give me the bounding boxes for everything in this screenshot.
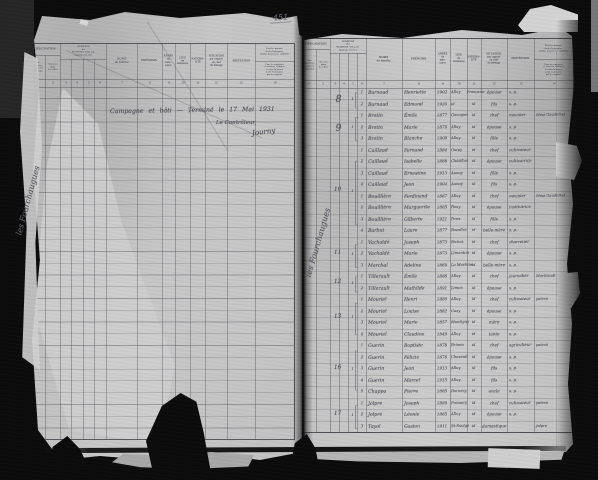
- cell-lieu: Prémery: [451, 400, 467, 405]
- cell-nationalite: id: [467, 205, 481, 209]
- household-number: 8: [328, 94, 348, 105]
- cell-prenom: Louise: [404, 308, 419, 314]
- person-number: 1: [357, 148, 366, 153]
- cell-situation: belle-mère: [481, 228, 507, 233]
- cell-lieu: Alluy: [451, 412, 461, 417]
- cell-situation: fils: [481, 182, 507, 187]
- col-number: 9: [435, 80, 450, 88]
- header-lieu: LIEU de naissance: [450, 38, 467, 80]
- cell-nationalite: id: [467, 102, 481, 106]
- household-number: 9: [328, 123, 348, 134]
- cell-profession: meunier: [509, 193, 526, 198]
- cell-lieu: Alluy: [451, 193, 461, 198]
- cell-lieu: Alluy: [451, 331, 461, 336]
- cell-prenom: Blanche: [404, 136, 423, 142]
- cell-prenom: Félicie: [404, 354, 419, 360]
- person-number: 4: [357, 378, 366, 383]
- cell-lieu: Alluy: [451, 366, 461, 371]
- person-number: 4: [357, 228, 366, 233]
- cell-annee: 1889: [435, 401, 450, 406]
- cell-annee: 1873: [435, 251, 450, 256]
- cell-prenom: Ferdinand: [404, 193, 427, 199]
- cell-prenom: Fernand: [404, 147, 423, 153]
- cell-annee: 1884: [435, 148, 450, 153]
- header-numeros: NUMÉROS des MAISONS, VILLAS, hameaux ou …: [330, 38, 366, 53]
- cell-nom: Guerin: [368, 354, 384, 360]
- cell-annee: 1873: [435, 240, 450, 245]
- col-number: 13: [227, 79, 255, 87]
- cell-profession: cultivateur: [509, 400, 531, 405]
- cell-nom: Bretin: [368, 136, 383, 142]
- person-number: 3: [357, 366, 366, 371]
- cell-prenom: Laure: [404, 228, 418, 234]
- menage-mark: 1: [348, 280, 357, 284]
- menage-mark: 1: [348, 413, 357, 417]
- cell-prenom: Gilberte: [404, 216, 423, 222]
- cell-annee: 1915: [435, 378, 450, 383]
- cell-nationalite: id: [467, 240, 481, 244]
- person-number: 2: [357, 251, 366, 256]
- col-number: 5: [348, 80, 357, 88]
- cell-annee: 1882: [435, 309, 450, 314]
- cell-prenom: Henri: [404, 297, 417, 303]
- cell-nom: Tayol: [368, 423, 381, 429]
- cell-nationalite: id: [467, 274, 481, 278]
- household-number: 16: [328, 364, 348, 371]
- cell-profession: s. p.: [509, 125, 517, 130]
- cell-nationalite: id: [467, 171, 481, 175]
- cell-profession: meunier: [509, 113, 526, 118]
- cell-situation: chef: [481, 239, 507, 244]
- person-number: 1: [357, 274, 366, 279]
- cell-nationalite: id: [467, 343, 481, 347]
- cell-nom: Tillerault: [368, 285, 390, 291]
- cell-profession: s. p.: [509, 102, 517, 107]
- cell-lieu: Rouy: [451, 205, 461, 210]
- col-number: 10: [175, 79, 190, 87]
- cell-situation: mère: [481, 320, 507, 325]
- cell-nationalite: id: [467, 424, 481, 428]
- cell-nationalite: id: [467, 113, 481, 117]
- person-number: 3: [357, 320, 366, 325]
- cell-profession: s. p.: [509, 309, 517, 314]
- cell-lieu: id: [451, 102, 455, 106]
- col-number: 11: [467, 80, 481, 88]
- cell-nom: Guerin: [368, 366, 384, 372]
- cell-lieu: Biches: [451, 239, 464, 244]
- col-number: 12: [481, 80, 507, 88]
- cell-employeur: patron: [536, 343, 548, 347]
- cell-annee: 1913: [435, 366, 450, 371]
- cell-annee: 1885: [435, 412, 450, 417]
- cell-nationalite: id: [467, 297, 481, 301]
- col-number: 5: [83, 79, 94, 87]
- cell-profession: agriculteur: [509, 343, 531, 348]
- cell-profession: s. p.: [509, 320, 517, 325]
- cell-nom: Tillerault: [368, 274, 390, 280]
- col-number: 9: [162, 79, 175, 87]
- household-number: 17: [328, 410, 348, 417]
- cell-profession: s. p.: [509, 366, 517, 371]
- cell-nationalite: id: [467, 136, 481, 140]
- person-number: 1: [357, 297, 366, 302]
- person-number: 3: [357, 217, 366, 222]
- cell-situation: épouse: [481, 412, 507, 417]
- cell-nationalite: id: [467, 182, 481, 186]
- col-number: 3: [330, 80, 339, 88]
- col-number: 10: [450, 80, 467, 88]
- cell-prenom: Léonie: [404, 412, 419, 418]
- left-page-table: DÉSIGNATIONdes quartiers, écarts ou hame…: [30, 10, 302, 460]
- page-stack-edge: [591, 0, 598, 92]
- header-situation: SITUATION par rapport au chef du ménage: [481, 38, 507, 80]
- cell-nationalite: id: [467, 320, 481, 324]
- cell-annee: 1886: [435, 159, 450, 164]
- cell-profession: charretier: [509, 239, 529, 244]
- cell-annee: 1887: [435, 194, 450, 199]
- cell-profession: journalier: [509, 274, 529, 279]
- person-number: 1: [357, 401, 366, 406]
- cell-lieu: Alluy: [451, 377, 461, 382]
- header-designation-sub2: des rues dans les villes: [45, 55, 60, 79]
- cell-lieu: Alluy: [451, 90, 461, 95]
- cell-nationalite: id: [467, 412, 481, 416]
- cell-lieu: Aunay: [451, 170, 463, 175]
- header-profession: PROFESSION: [507, 38, 534, 80]
- cell-prenom: Joseph: [404, 239, 419, 245]
- menage-mark: 1: [348, 96, 357, 100]
- cell-nom: Vachaldé: [368, 239, 390, 245]
- cell-nationalite: id: [467, 194, 481, 198]
- cell-lieu: Alluy: [451, 274, 461, 279]
- cell-nom: Bouillière: [368, 216, 391, 222]
- cell-prenom: Joseph: [404, 400, 419, 406]
- person-number: 3: [357, 171, 366, 176]
- cell-situation: tante: [481, 331, 507, 336]
- col-number: 14: [255, 79, 295, 87]
- header-nationalite: NATIONA- LITÉ: [467, 38, 481, 80]
- menage-mark: 1: [348, 252, 357, 256]
- header-designation-sub2: des rues dans les villes: [316, 49, 330, 80]
- cell-situation: fille: [481, 136, 507, 141]
- cell-annee: 1913: [435, 171, 450, 176]
- cell-nom: Mouriel: [368, 308, 387, 314]
- cell-prenom: Henriette: [404, 90, 426, 96]
- cell-annee: 1920: [435, 102, 450, 107]
- person-number: 2: [357, 286, 366, 291]
- cell-annee: 1877: [435, 228, 450, 233]
- header-noms: NOMS de famille: [106, 43, 137, 79]
- cell-prenom: Isabelle: [404, 159, 422, 165]
- cell-nationalite: id: [467, 217, 481, 221]
- cell-annee: 1885: [435, 389, 450, 394]
- header-prenoms: PRÉNOMS: [402, 38, 435, 80]
- cell-profession: s. p.: [509, 251, 517, 256]
- cell-annee: 1891: [435, 286, 450, 291]
- cell-situation: chef: [481, 113, 507, 118]
- cell-profession: cultivatrice: [509, 159, 532, 164]
- menage-mark: 1: [348, 188, 357, 192]
- cell-nom: Caillaud: [368, 170, 388, 176]
- cell-nom: Guerin: [368, 343, 384, 349]
- cell-annee: 1879: [435, 125, 450, 130]
- header-designation: DÉSIGNATION: [30, 43, 60, 55]
- cell-profession: s. p.: [509, 136, 517, 141]
- col-number: 2: [316, 80, 330, 88]
- cell-prenom: Jean: [404, 366, 414, 371]
- person-number: 1: [357, 90, 366, 95]
- cell-nom: Barbut: [368, 228, 384, 234]
- person-number: 2: [357, 412, 366, 417]
- cell-lieu: Alluy: [451, 297, 461, 302]
- col-number: 6: [357, 80, 366, 88]
- cell-nationalite: Française: [467, 90, 481, 94]
- cell-nationalite: id: [467, 378, 481, 382]
- cell-nationalite: id: [467, 286, 481, 290]
- col-number: 12: [205, 79, 227, 87]
- cell-nationalite: id: [467, 148, 481, 152]
- cell-situation: fille: [481, 216, 507, 221]
- cell-employeur: Martinault: [536, 274, 556, 279]
- page-number: 451: [270, 12, 292, 23]
- cell-lieu: Bazolles: [451, 228, 467, 233]
- menage-mark: 1: [348, 367, 357, 371]
- cell-employeur: Jolpre: [536, 423, 547, 427]
- cell-prenom: Émile: [404, 113, 417, 119]
- cell-annee: 1857: [435, 320, 450, 325]
- cell-situation: belle-mère: [481, 262, 507, 267]
- col-number: 2: [45, 79, 60, 87]
- row-lines: [30, 87, 295, 440]
- cell-profession: s. p.: [509, 332, 517, 337]
- header-situation: SITUATION par rapport au chef du ménage: [205, 43, 227, 79]
- cell-annee: 1902: [435, 90, 450, 95]
- col-number: 4: [339, 80, 348, 88]
- cell-prenom: Émile: [404, 274, 417, 280]
- cell-annee: 1921: [435, 217, 450, 222]
- cell-situation: fils: [481, 377, 507, 382]
- cell-nom: Caillaud: [368, 147, 388, 153]
- cell-prenom: Jean: [404, 182, 414, 187]
- cell-nom: Mouriel: [368, 320, 387, 326]
- cell-prenom: Marcel: [404, 377, 420, 383]
- cell-profession: institutrice: [509, 205, 531, 210]
- person-number: 2: [357, 205, 366, 210]
- person-number: 5: [357, 389, 366, 394]
- col-number: 7: [106, 79, 137, 87]
- header-numeros: NUMÉROS des MAISONS, VILLAS, hameaux ou …: [60, 43, 106, 59]
- cell-prenom: Baptiste: [404, 343, 423, 349]
- right-page: DÉSIGNATIONdes quartiers, écarts ou hame…: [302, 24, 578, 452]
- scanned-census-register: DÉSIGNATIONdes quartiers, écarts ou hame…: [0, 0, 598, 480]
- cell-situation: chef: [481, 343, 507, 348]
- cell-situation: chef: [481, 193, 507, 198]
- cell-nom: Bretin: [368, 124, 383, 130]
- cell-lieu: Guipy: [451, 147, 462, 152]
- cell-prenom: Marie: [404, 124, 418, 130]
- person-number: 1: [357, 113, 366, 118]
- cell-employeur: patron: [536, 297, 548, 301]
- header-profession: PROFESSION: [227, 43, 255, 79]
- cell-profession: s. p.: [509, 171, 517, 176]
- cell-situation: épouse: [481, 205, 507, 210]
- cell-situation: épouse: [481, 354, 507, 359]
- header-patrons-bottom: Pour les employés et ouvriers, indiquer …: [255, 61, 295, 79]
- cell-nationalite: id: [467, 228, 481, 232]
- cell-nationalite: id: [467, 125, 481, 129]
- person-number: 4: [357, 182, 366, 187]
- cell-nom: Barnaud: [368, 90, 388, 96]
- cell-situation: chef: [481, 274, 507, 279]
- cell-prenom: Ernestine: [404, 170, 426, 176]
- cell-annee: 1904: [435, 182, 450, 187]
- cell-lieu: Alluy: [451, 136, 461, 141]
- cell-prenom: Claudine: [404, 331, 424, 337]
- cell-situation: épouse: [481, 90, 507, 95]
- cell-lieu: Brinon: [451, 343, 464, 348]
- cell-prenom: Marie: [404, 320, 418, 326]
- cell-lieu: Dornecy: [451, 389, 467, 394]
- cell-situation: fille: [481, 170, 507, 175]
- cell-nom: Caillaud: [368, 159, 388, 165]
- person-number: 3: [357, 424, 366, 429]
- col-number: 8: [137, 79, 162, 87]
- cell-annee: 1877: [435, 113, 450, 118]
- right-edge-shadow: [556, 20, 590, 460]
- cell-nom: Bouillière: [368, 205, 391, 211]
- person-number: 3: [357, 263, 366, 268]
- header-noms: NOMS de famille: [366, 38, 402, 80]
- cell-annee: 1876: [435, 355, 450, 360]
- cell-prenom: Marguerite: [404, 205, 430, 211]
- cell-prenom: Gaston: [404, 423, 420, 429]
- cell-nom: Jolpre: [368, 400, 382, 406]
- cell-lieu: Châtillon: [451, 159, 468, 164]
- header-annee: ANNÉE de nais- sance: [435, 38, 450, 80]
- cell-nom: Caillaud: [368, 182, 388, 188]
- cell-situation: épouse: [481, 159, 507, 164]
- cell-profession: s. p.: [509, 355, 517, 360]
- cell-nom: Mouriel: [368, 297, 387, 303]
- cell-prenom: Edmond: [404, 101, 423, 107]
- cell-nom: Jolpre: [368, 412, 382, 418]
- cell-nom: Chappa: [368, 389, 386, 395]
- cell-profession: s. p.: [509, 217, 517, 222]
- cell-nationalite: id: [467, 309, 481, 313]
- cell-situation: chef: [481, 147, 507, 152]
- col-number: 11: [190, 79, 205, 87]
- cell-nationalite: id: [467, 251, 481, 255]
- person-number: 4: [357, 332, 366, 337]
- household-number: 12: [328, 278, 348, 285]
- person-number: 1: [357, 194, 366, 199]
- cell-lieu: Paris: [451, 216, 461, 221]
- cell-annee: 1888: [435, 274, 450, 279]
- cell-annee: 1849: [435, 332, 450, 337]
- cell-lieu: Aunay: [451, 182, 463, 187]
- cell-nationalite: id: [467, 401, 481, 405]
- cell-nom: Bouillière: [368, 193, 391, 199]
- header-nationalite: NATIONA- LITÉ: [190, 43, 205, 79]
- cell-profession: cultivateur: [509, 297, 531, 302]
- cell-lieu: Alluy: [451, 124, 461, 129]
- person-number: 2: [357, 355, 366, 360]
- cell-annee: 1885: [435, 205, 450, 210]
- right-page-table: DÉSIGNATIONdes quartiers, écarts ou hame…: [302, 24, 578, 452]
- cell-prenom: Marie: [404, 251, 418, 257]
- col-number: 7: [366, 80, 402, 88]
- cell-employeur: patron: [536, 400, 548, 404]
- binding-fold-seam: [293, 8, 313, 464]
- cell-situation: chef: [481, 400, 507, 405]
- col-number: 3: [60, 79, 71, 87]
- household-bracket: [355, 117, 358, 141]
- cell-annee: 1908: [435, 136, 450, 141]
- cell-profession: s. p.: [509, 389, 517, 394]
- cell-nationalite: id: [467, 389, 481, 393]
- cell-nom: Marchal: [368, 262, 388, 268]
- cell-situation: épouse: [481, 285, 507, 290]
- left-page: DÉSIGNATIONdes quartiers, écarts ou hame…: [30, 10, 302, 460]
- cell-profession: s. p.: [509, 228, 517, 233]
- cell-situation: domestique: [481, 423, 507, 428]
- col-number: 6: [94, 79, 106, 87]
- person-number: 2: [357, 102, 366, 107]
- cell-profession: s. p.: [509, 90, 517, 95]
- cell-nom: Mouriel: [368, 331, 387, 337]
- cell-lieu: Gacogne: [451, 113, 468, 118]
- cell-situation: épouse: [481, 124, 507, 129]
- menage-mark: 1: [348, 125, 357, 129]
- header-patrons-top: Pour les patrons, chefs d'entreprise, no…: [255, 43, 295, 61]
- cell-annee: 1911: [435, 424, 450, 429]
- cell-prenom: Adeline: [404, 262, 421, 268]
- cell-nom: Bretin: [368, 113, 383, 119]
- cell-prenom: Pierre: [404, 389, 418, 395]
- col-number: 8: [402, 80, 435, 88]
- header-lieu: LIEU de naissance: [175, 43, 190, 79]
- cell-profession: s. p.: [509, 378, 517, 383]
- person-number: 1: [357, 343, 366, 348]
- cell-nom: Vachaldé: [368, 251, 390, 257]
- cell-annee: 1869: [435, 263, 450, 268]
- cell-profession: cultivateur: [509, 147, 531, 152]
- cell-nationalite: id: [467, 159, 481, 163]
- person-number: 2: [357, 159, 366, 164]
- household-number: 13: [328, 312, 348, 319]
- cell-situation: épouse: [481, 308, 507, 313]
- bottom-paper-tab: [488, 448, 541, 469]
- cell-profession: s. p.: [509, 182, 517, 187]
- cell-situation: oncle: [481, 389, 507, 394]
- cell-lieu: Chazeuil: [451, 354, 467, 359]
- col-number: 13: [507, 80, 534, 88]
- cell-annee: 1878: [435, 343, 450, 348]
- menage-mark: 1: [348, 315, 357, 319]
- cell-nationalite: id: [467, 332, 481, 336]
- cell-nationalite: id: [467, 366, 481, 370]
- cell-profession: s. p.: [509, 286, 517, 291]
- col-number: 4: [71, 79, 83, 87]
- person-number: 1: [357, 240, 366, 245]
- cell-situation: fils: [481, 366, 507, 371]
- cell-lieu: Limon: [451, 285, 463, 290]
- cell-annee: 1880: [435, 297, 450, 302]
- cell-nom: Barnaud: [368, 101, 388, 107]
- header-prenoms: PRÉNOMS: [137, 43, 162, 79]
- cell-profession: s. p.: [509, 412, 517, 417]
- person-number: 2: [357, 125, 366, 130]
